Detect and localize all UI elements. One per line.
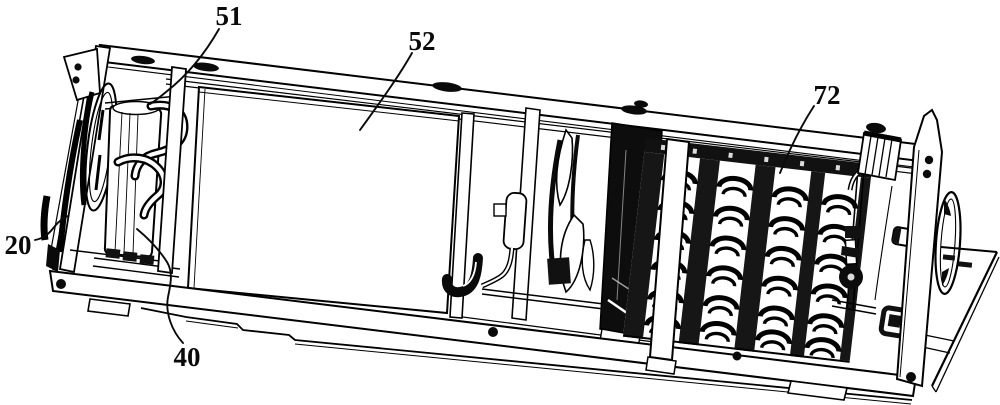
- ref-label-52: 52: [409, 26, 436, 56]
- ref-label-20: 20: [5, 230, 32, 260]
- compressor: [105, 102, 161, 265]
- corner-bracket: [64, 49, 100, 100]
- accumulator-fitting: [503, 192, 527, 249]
- ref-label-40: 40: [174, 342, 201, 372]
- electric-box-panel: [188, 87, 459, 313]
- terminal-block: [858, 122, 901, 180]
- figure-canvas: 51 52 72 20 40: [0, 0, 1000, 405]
- partition-and-fittings: [447, 108, 612, 320]
- interior-fan: [547, 130, 594, 292]
- fan-motor-mount: [547, 257, 571, 284]
- ref-label-72: 72: [814, 80, 841, 110]
- ref-label-51: 51: [216, 1, 243, 31]
- fan-blade: [582, 240, 594, 290]
- machine-drawing: 51 52 72 20 40: [0, 0, 1000, 405]
